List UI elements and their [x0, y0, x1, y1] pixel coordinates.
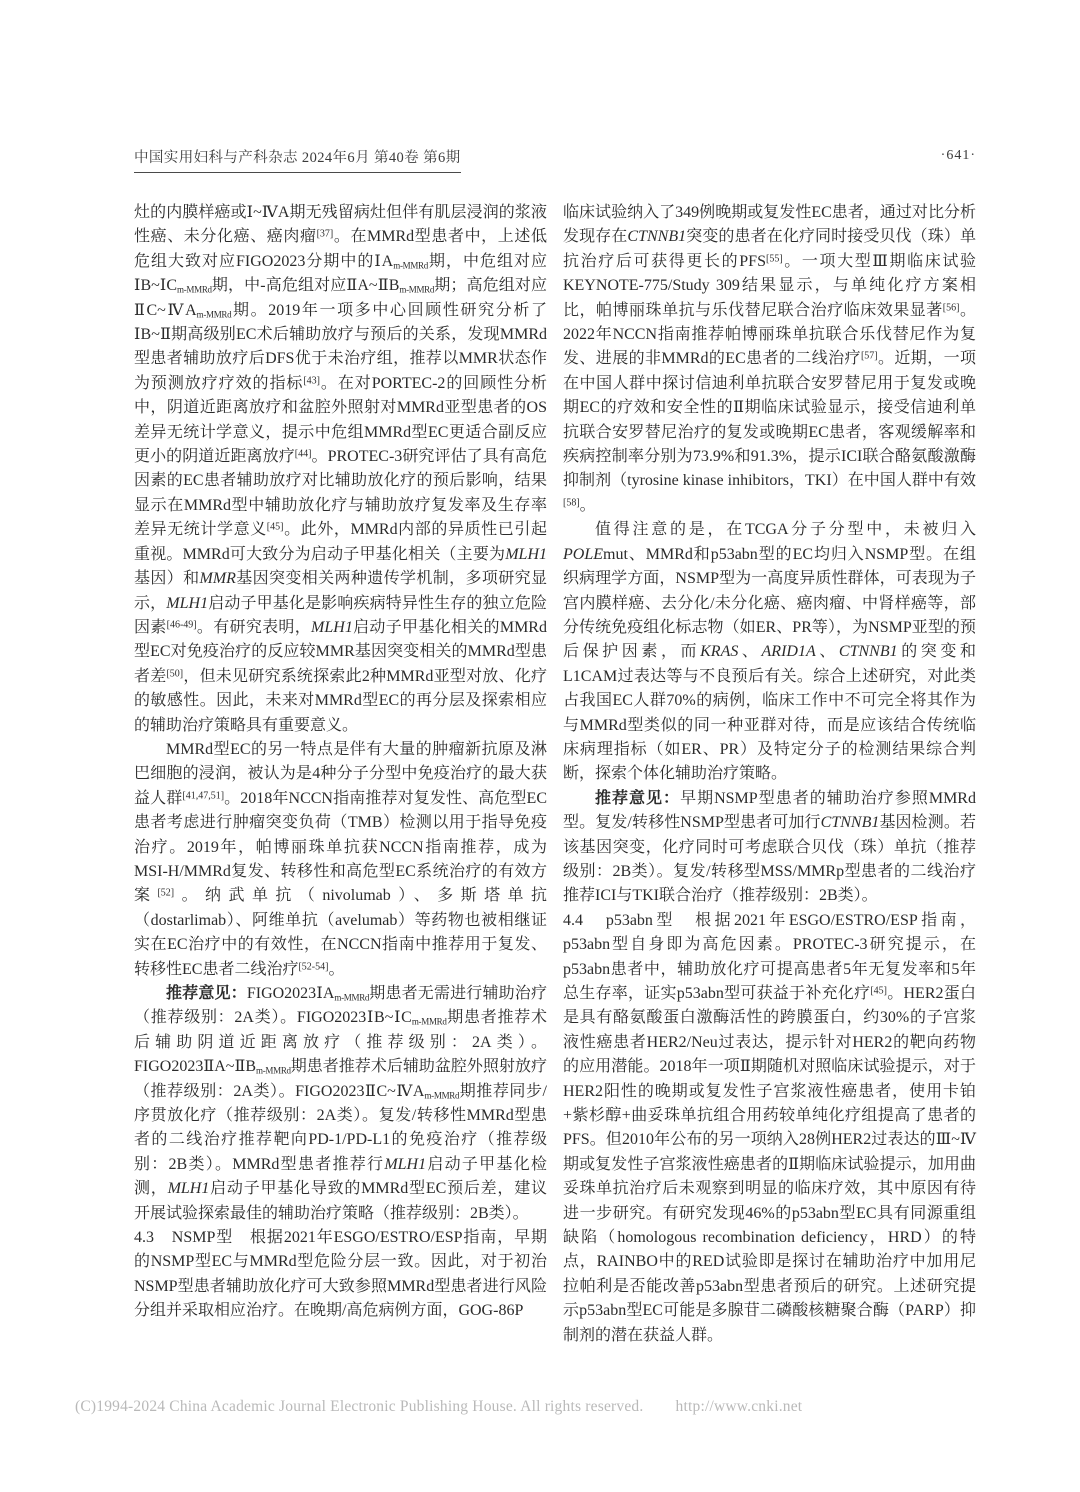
journal-header-text: 中国实用妇科与产科杂志 2024年6月 第40卷 第6期	[134, 146, 461, 173]
paragraph-nsmp-trials: 临床试验纳入了349例晚期或复发性EC患者，通过对比分析发现存在CTNNB1突变…	[563, 201, 976, 518]
paragraph-nsmp-tcga-heterogeneity: 值得注意的是，在TCGA分子分型中，未被归入POLEmut、MMRd和p53ab…	[563, 518, 976, 786]
article-body: 灶的内膜样癌或Ⅰ~ⅣA期无残留病灶但伴有肌层浸润的浆液性癌、未分化癌、癌肉瘤[3…	[134, 201, 976, 1348]
cnki-url: http://www.cnki.net	[676, 1398, 803, 1415]
paragraph-mmrd-immunotherapy: MMRd型EC的另一特点是伴有大量的肿瘤新抗原及淋巴细胞的浸润，被认为是4种分子…	[134, 738, 547, 982]
page-footer: (C)1994-2024 China Academic Journal Elec…	[75, 1398, 1005, 1416]
right-column: 临床试验纳入了349例晚期或复发性EC患者，通过对比分析发现存在CTNNB1突变…	[563, 201, 976, 1348]
section-4-4-p53abn: 4.4 p53abn型 根据2021年ESGO/ESTRO/ESP指南，p53a…	[563, 909, 976, 1348]
recommendation-nsmp: 推荐意见：早期NSMP型患者的辅助治疗参照MMRd型。复发/转移性NSMP型患者…	[563, 787, 976, 909]
recommendation-mmrd: 推荐意见：FIGO2023ⅠAm-MMRd期患者无需进行辅助治疗（推荐级别：2A…	[134, 982, 547, 1226]
page-header: 中国实用妇科与产科杂志 2024年6月 第40卷 第6期 ·641·	[134, 146, 976, 173]
left-column: 灶的内膜样癌或Ⅰ~ⅣA期无残留病灶但伴有肌层浸润的浆液性癌、未分化癌、癌肉瘤[3…	[134, 201, 547, 1348]
section-4-3-nsmp: 4.3 NSMP型 根据2021年ESGO/ESTRO/ESP指南，早期的NSM…	[134, 1226, 547, 1324]
page-number: ·641·	[941, 146, 976, 164]
copyright-text: (C)1994-2024 China Academic Journal Elec…	[75, 1398, 643, 1415]
journal-page: 中国实用妇科与产科杂志 2024年6月 第40卷 第6期 ·641· 灶的内膜样…	[0, 0, 1080, 1492]
paragraph-mmrd-adjuvant-radiotherapy: 灶的内膜样癌或Ⅰ~ⅣA期无残留病灶但伴有肌层浸润的浆液性癌、未分化癌、癌肉瘤[3…	[134, 201, 547, 738]
